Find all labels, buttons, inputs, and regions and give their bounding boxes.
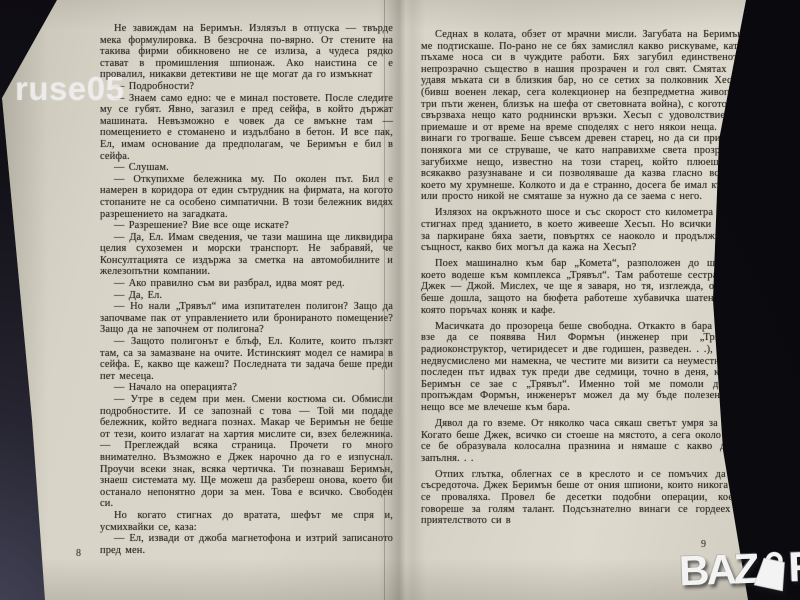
paragraph: Излязох на окръжното шосе и със скорост … (421, 207, 743, 253)
paragraph: Седнах в колата, обзет от мрачни мисли. … (421, 29, 743, 203)
paragraph: — Откупихме бележника му. По околен път.… (100, 174, 393, 220)
paragraph: — Знаем само едно: че е минал постовете.… (100, 93, 393, 163)
paragraph: — Да, Ел. (100, 290, 393, 302)
paragraph: — Защото полигонът е блъф, Ел. Колите, к… (100, 336, 393, 382)
book-page-left: Не завиждам на Беримън. Излязъл в отпуск… (100, 23, 393, 556)
page-number-left: 8 (76, 548, 81, 559)
shopping-bag-icon (752, 543, 793, 595)
bazar-logo-text-left: BAZ (678, 548, 757, 593)
paragraph: Масичката до прозореца беше свободна. От… (421, 321, 743, 414)
paragraph: — Но нали „Трявъл“ има изпитателен полиг… (100, 301, 393, 336)
paragraph: — Слушам. (100, 162, 393, 174)
book-page-right: Седнах в колата, обзет от мрачни мисли. … (421, 29, 743, 531)
bazar-logo: BAZ R (678, 542, 800, 593)
paragraph: Не завиждам на Беримън. Излязъл в отпуск… (100, 23, 393, 81)
paragraph: — Разрешение? Вие все още искате? (100, 220, 393, 232)
gutter-crease-line (384, 0, 385, 600)
paragraph: Поех машинално към бар „Комета“, разполо… (421, 258, 743, 316)
paragraph: — Ел, извади от джоба магнетофона и изтр… (100, 533, 393, 556)
paragraph: — Ако правилно съм ви разбрал, идва моят… (100, 278, 393, 290)
seller-watermark: ruse05 (15, 70, 124, 108)
paragraph: — Да, Ел. Имам сведения, че тази машина … (100, 232, 393, 278)
paragraph: — Утре в седем при мен. Смени костюма си… (100, 394, 393, 510)
paragraph: — Начало на операцията? (100, 382, 393, 394)
paragraph: Но когато стигнах до вратата, шефът ме с… (100, 510, 393, 533)
paragraph: — Подробности? (100, 81, 393, 93)
paragraph: Отпих глътка, облегнах се в креслото и с… (421, 469, 743, 527)
book-gutter (378, 0, 426, 600)
photo-background: Не завиждам на Беримън. Излязъл в отпуск… (0, 0, 800, 600)
paragraph: Дявол да го вземе. От няколко часа сякаш… (421, 418, 743, 464)
